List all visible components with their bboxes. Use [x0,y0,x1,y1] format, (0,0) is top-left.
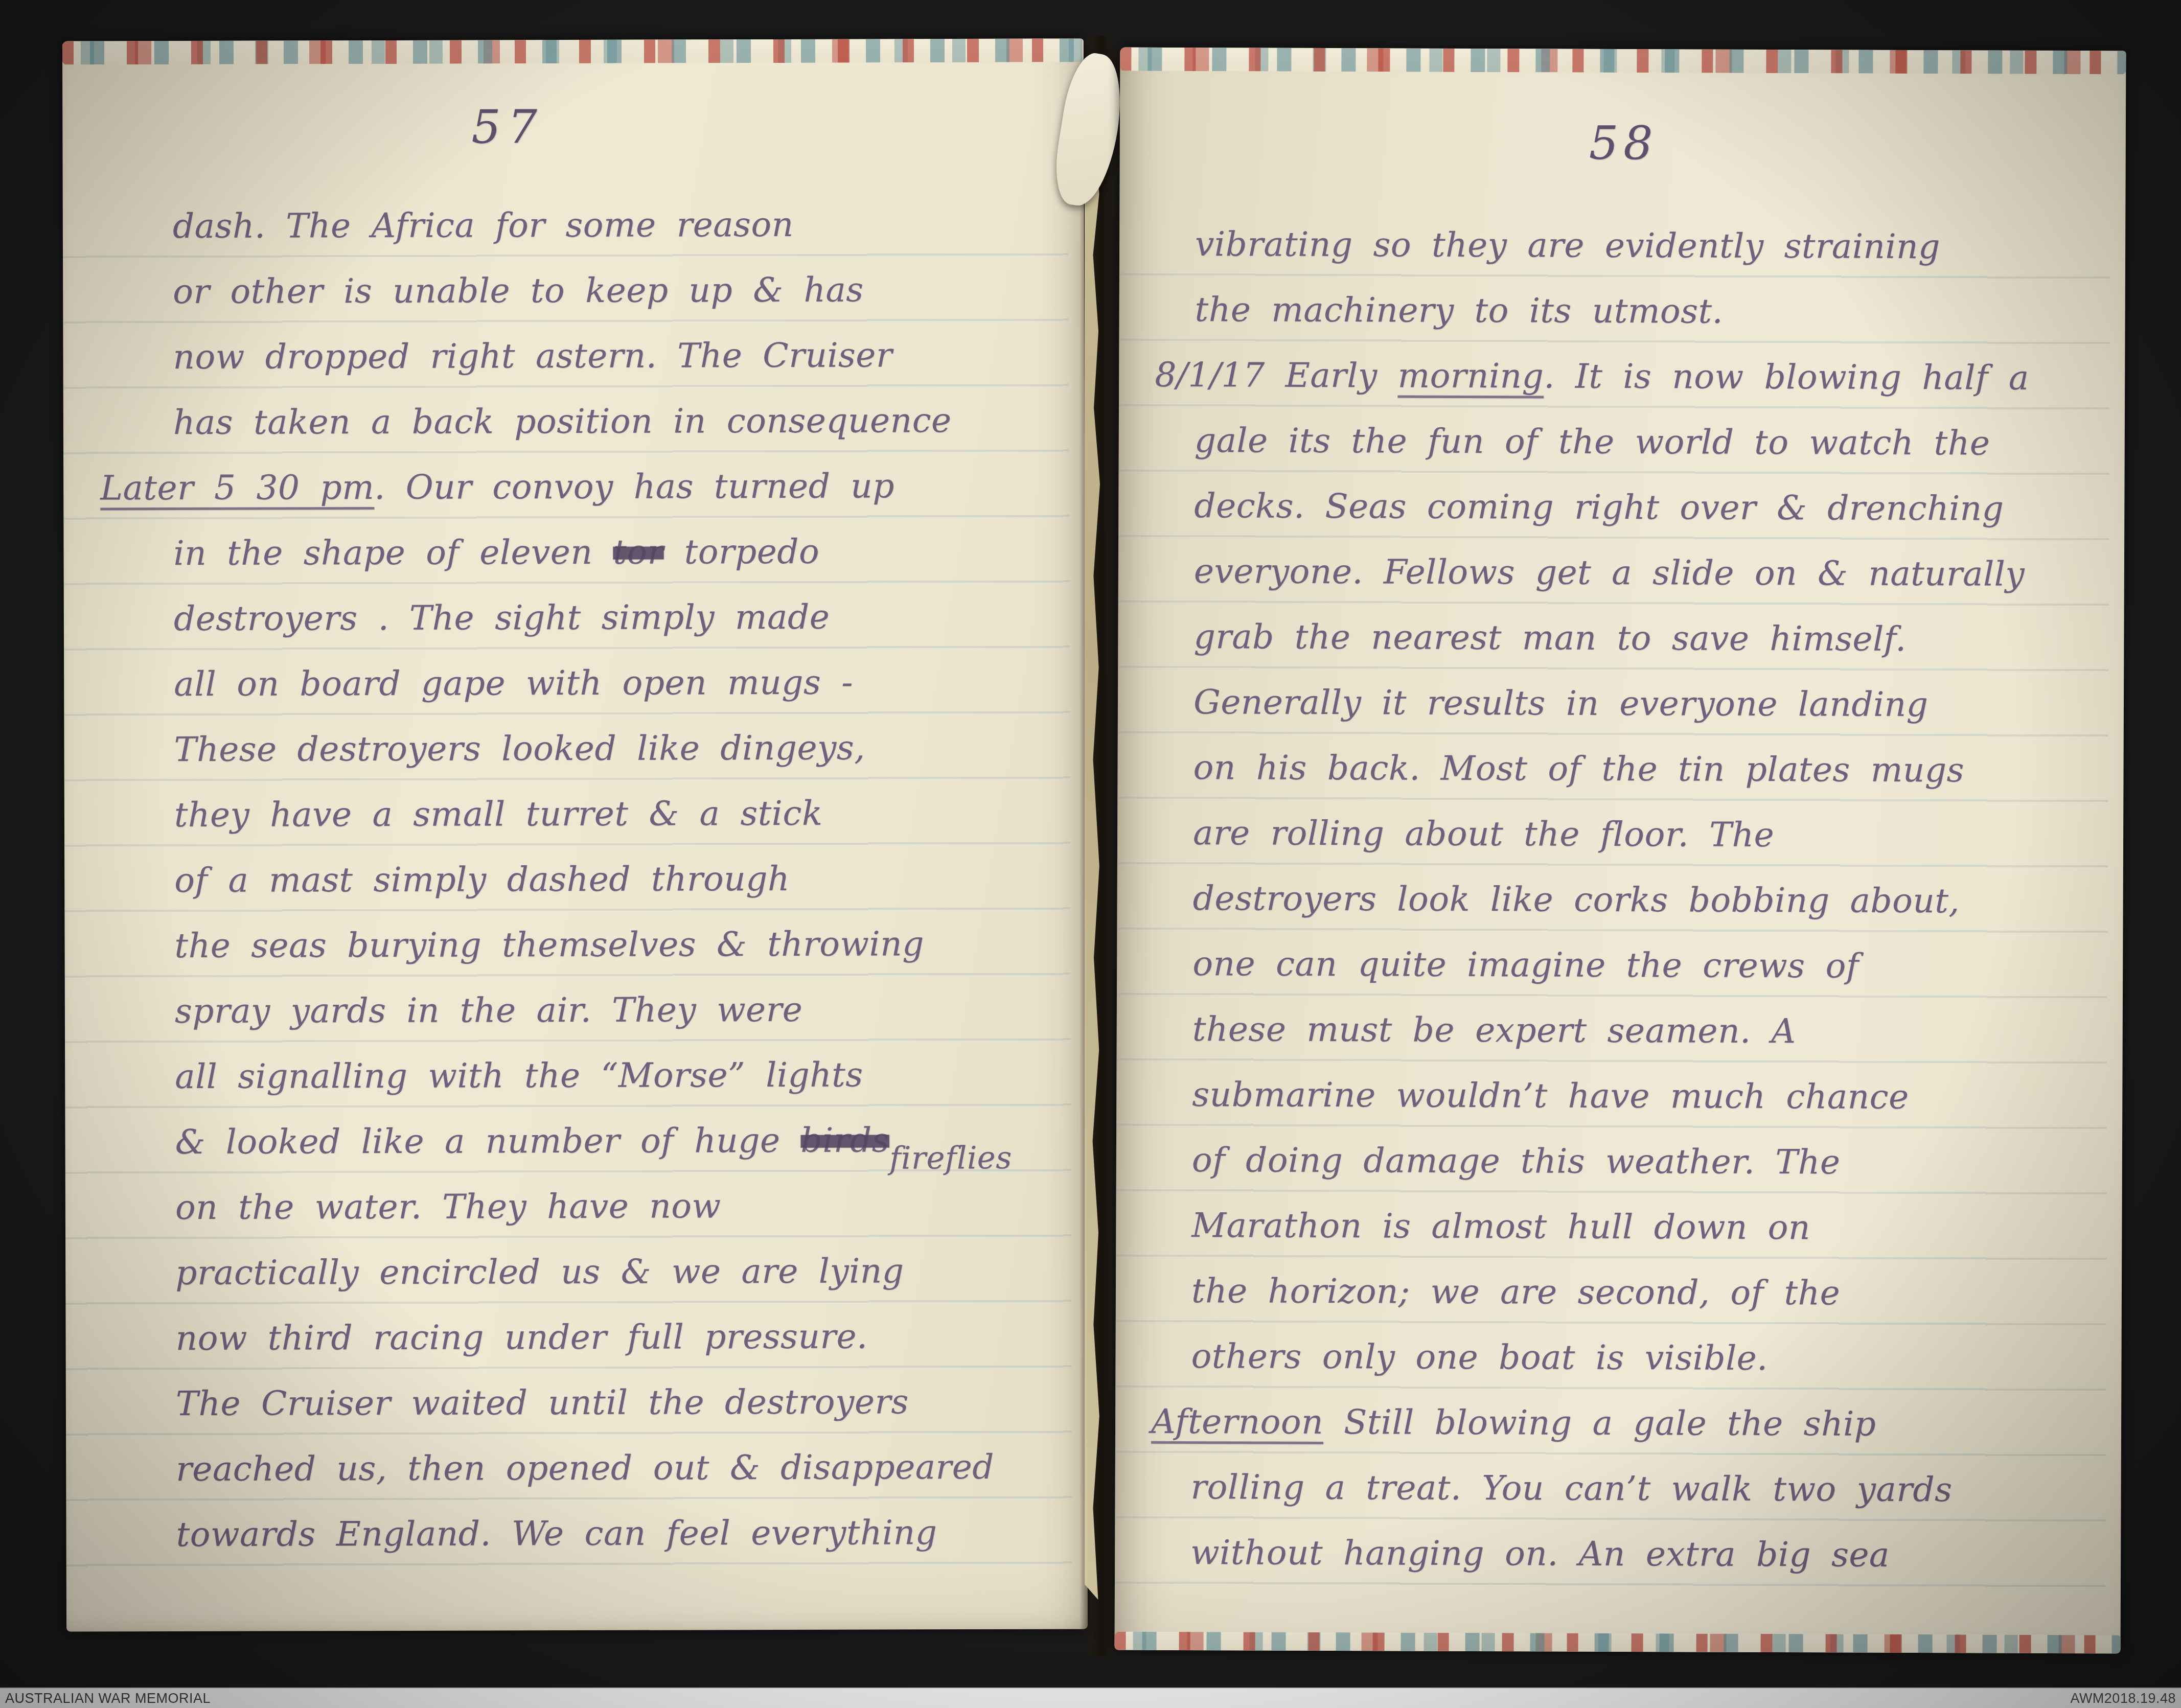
handwriting-line: destroyers look like corks bobbing about… [1117,866,2107,935]
handwriting-line: rolling a treat. You can’t walk two yard… [1115,1455,2105,1524]
handwriting-text: destroyers look like corks bobbing about… [1193,879,1960,920]
handwriting-text: all signalling with the “Morse” lights [175,1055,863,1097]
handwriting-text: vibrating so they are evidently strainin… [1195,224,1940,266]
handwriting-line: vibrating so they are evidently strainin… [1119,212,2110,281]
handwriting-text: spray yards in the air. They were [175,990,803,1031]
handwriting-text: all on board gape with open mugs - [174,663,853,704]
handwriting-line: & looked like a number of huge birds fir… [65,1107,1071,1175]
page-58-handwriting: vibrating so they are evidently strainin… [1115,212,2110,1611]
handwriting-line: everyone. Fellows get a slide on & natur… [1118,539,2109,608]
handwriting-line: grab the nearest man to save himself. [1118,605,2108,674]
handwriting-text: the seas burying themselves & throwing [174,924,924,965]
handwriting-text: decks. Seas coming right over & drenchin… [1194,486,2004,528]
handwriting-text: . Our convoy has turned up [374,466,894,507]
underlined-text: morning [1397,356,1544,396]
diary-page-58: 58 vibrating so they are evidently strai… [1115,48,2126,1654]
handwriting-text: Still blowing a gale the ship [1323,1402,1876,1444]
page-number-58: 58 [1589,117,1658,170]
handwriting-text: the machinery to its utmost. [1195,290,1724,331]
handwriting-text: on the water. They have now [175,1186,721,1227]
handwriting-line: the horizon; we are second, of the [1116,1259,2106,1328]
handwriting-text: gale its the fun of the world to watch t… [1195,421,1990,463]
handwriting-line: Generally it results in everyone landing [1118,670,2108,739]
page-bottom-marbled-edge [1115,1632,2121,1654]
handwriting-text: one can quite imagine the crews of [1192,944,1859,986]
handwriting-line: in the shape of eleven tor torpedo [63,519,1069,587]
handwriting-line: are rolling about the floor. The [1117,801,2108,870]
crossed-out-word: birds [800,1120,889,1160]
page-number-57: 57 [471,100,544,154]
handwriting-line: destroyers . The sight simply made [64,584,1070,652]
handwriting-text: now dropped right astern. The Cruiser [173,335,892,377]
handwriting-line: Later 5 30 pm. Our convoy has turned up [63,453,1069,521]
footer-attribution: AUSTRALIAN WAR MEMORIAL [5,1691,211,1706]
handwriting-line: they have a small turret & a stick [64,780,1070,848]
handwriting-text: Marathon is almost hull down on [1191,1206,1810,1247]
handwriting-text: torpedo [664,532,820,572]
handwriting-text: The Cruiser waited until the destroyers [176,1382,909,1423]
handwriting-text: these must be expert seamen. A [1192,1009,1796,1051]
handwriting-text: towards England. We can feel everything [176,1513,937,1554]
handwriting-line: on his back. Most of the tin plates mugs [1117,735,2108,804]
page-top-marbled-edge [62,38,1084,64]
handwriting-line: towards England. We can feel everything [66,1500,1072,1568]
handwriting-line: now dropped right astern. The Cruiser [63,322,1069,390]
caption-bar: AUSTRALIAN WAR MEMORIAL AWM2018.19.48 [0,1688,2181,1708]
page-top-marbled-edge [1120,48,2126,75]
handwriting-text: submarine wouldn’t have much chance [1192,1075,1909,1117]
handwriting-line: Afternoon Still blowing a gale the ship [1115,1390,2106,1459]
diary-page-57: 57 dash. The Africa for some reasonor ot… [62,38,1088,1631]
handwriting-text: 8/1/17 Early [1155,355,1398,396]
handwriting-text: of doing damage this weather. The [1192,1140,1841,1182]
handwriting-line: or other is unable to keep up & has [63,257,1069,325]
handwriting-line: has taken a back position in consequence [63,388,1069,456]
handwriting-line: now third racing under full pressure. [65,1304,1071,1372]
handwriting-text: or other is unable to keep up & has [173,270,864,312]
handwriting-line: These destroyers looked like dingeys, [64,715,1070,783]
handwriting-text: reached us, then opened out & disappeare… [176,1447,994,1489]
handwriting-text: on his back. Most of the tin plates mugs [1193,748,1964,790]
handwriting-text: Generally it results in everyone landing [1193,682,1929,724]
handwriting-line: of doing damage this weather. The [1116,1128,2107,1197]
handwriting-line: without hanging on. An extra big sea [1115,1520,2105,1589]
handwriting-text: now third racing under full pressure. [175,1317,867,1358]
handwriting-line: one can quite imagine the crews of [1117,932,2107,1001]
handwriting-text: dash. The Africa for some reason [173,205,794,246]
crossed-out-word: tor [613,533,664,572]
handwriting-line: reached us, then opened out & disappeare… [66,1435,1072,1503]
handwriting-text: the horizon; we are second, of the [1191,1271,1840,1312]
handwriting-text: are rolling about the floor. The [1193,813,1774,855]
handwriting-text: fireflies [889,1126,1012,1191]
handwriting-line: gale its the fun of the world to watch t… [1119,408,2109,477]
handwriting-line: practically encircled us & we are lying [65,1238,1071,1306]
handwriting-text: everyone. Fellows get a slide on & natur… [1194,551,2025,594]
handwriting-line: others only one boat is visible. [1115,1324,2106,1393]
handwriting-line: of a mast simply dashed through [64,846,1070,914]
handwriting-text: practically encircled us & we are lying [175,1251,904,1292]
underlined-text: Afternoon [1151,1402,1323,1442]
handwriting-line: all signalling with the “Morse” lights [65,1042,1071,1110]
handwriting-text: others only one boat is visible. [1191,1336,1767,1378]
handwriting-line: dash. The Africa for some reason [63,192,1069,260]
handwriting-text: without hanging on. An extra big sea [1190,1533,1890,1575]
handwriting-text: destroyers . The sight simply made [174,597,830,638]
page-57-handwriting: dash. The Africa for some reasonor other… [63,192,1072,1584]
handwriting-text: . It is now blowing half a [1544,356,2029,397]
handwriting-text: grab the nearest man to save himself. [1193,617,1906,659]
handwriting-text: has taken a back position in consequence [173,401,952,442]
handwriting-text: & looked like a number of huge [175,1121,800,1162]
underlined-text: Later 5 30 pm [100,468,374,507]
handwriting-line: these must be expert seamen. A [1117,997,2107,1066]
diary-photograph: 57 dash. The Africa for some reasonor ot… [0,0,2181,1708]
footer-accession-number: AWM2018.19.48 [2070,1691,2176,1706]
handwriting-line: The Cruiser waited until the destroyers [66,1369,1072,1437]
handwriting-line: the seas burying themselves & throwing [64,911,1070,979]
handwriting-line: all on board gape with open mugs - [64,650,1070,718]
handwriting-text: of a mast simply dashed through [174,859,790,900]
handwriting-line: 8/1/17 Early morning. It is now blowing … [1119,343,2109,412]
handwriting-line: submarine wouldn’t have much chance [1116,1063,2107,1132]
handwriting-line: decks. Seas coming right over & drenchin… [1118,474,2109,543]
handwriting-line: spray yards in the air. They were [65,977,1071,1045]
torn-paper-edge [1085,72,1100,1600]
handwriting-text: rolling a treat. You can’t walk two yard… [1191,1467,1953,1509]
handwriting-text: they have a small turret & a stick [174,794,823,835]
handwriting-text: These destroyers looked like dingeys, [174,728,865,770]
handwriting-text: in the shape of eleven [173,533,613,573]
handwriting-line: Marathon is almost hull down on [1116,1193,2106,1262]
handwriting-line: the machinery to its utmost. [1119,278,2109,347]
